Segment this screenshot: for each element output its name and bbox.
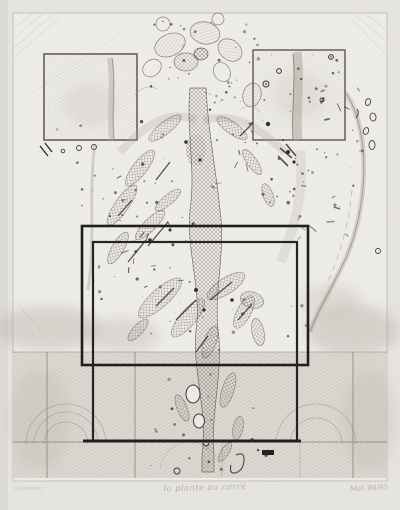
inscription-edition: Collection	[14, 486, 43, 492]
artwork-photo: Collection la plante au carré Mal. 84/85	[0, 0, 400, 510]
top-right-square	[253, 50, 345, 140]
etching-print: Collection la plante au carré Mal. 84/85	[0, 0, 400, 510]
top-left-square	[40, 54, 137, 156]
paper-edge-shadow	[0, 0, 8, 510]
